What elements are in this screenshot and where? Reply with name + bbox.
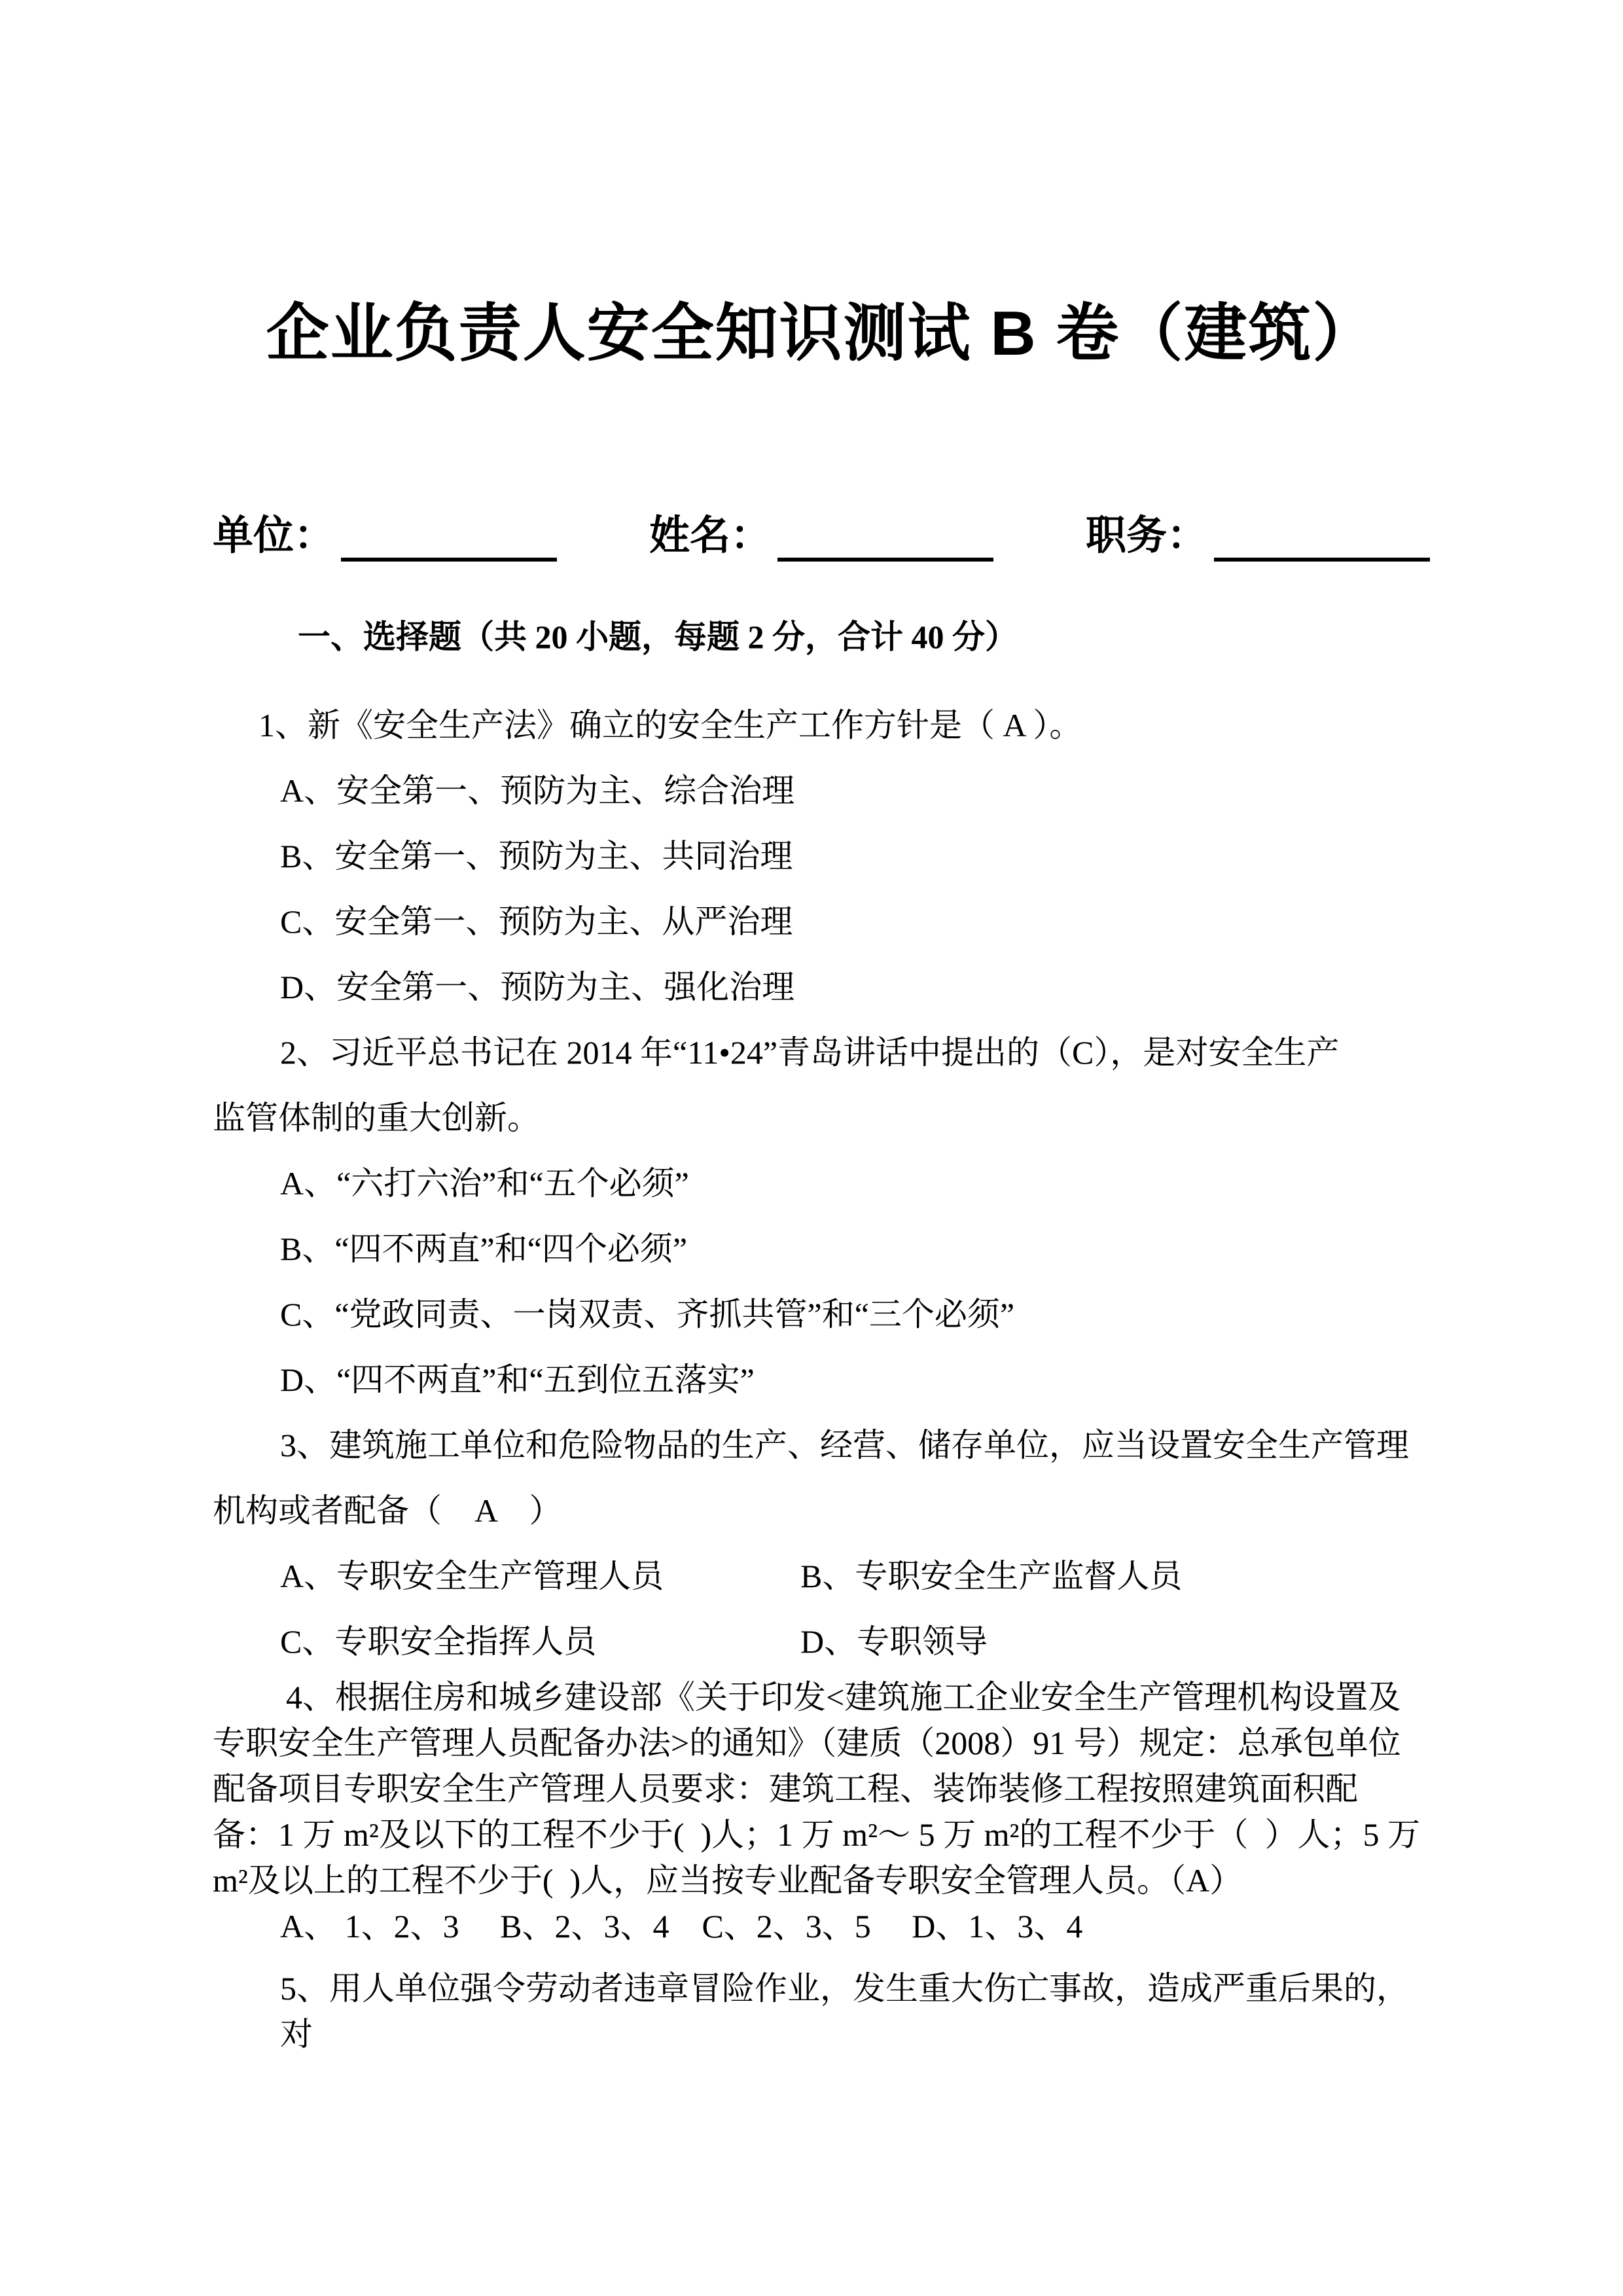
question-1-option-d: D、安全第一、预防为主、强化治理 <box>213 954 1430 1020</box>
questions-body: 1、新《安全生产法》确立的安全生产工作方针是（ A ）。 A、安全第一、预防为主… <box>213 692 1430 2057</box>
question-4-stem-line-5: m²及以上的工程不少于( )人，应当按专业配备专职安全管理人员。（A） <box>213 1857 1430 1903</box>
question-3-option-b: B、专职安全生产监督人员 <box>800 1558 1182 1594</box>
question-4-stem-line-4: 备：1 万 m²及以下的工程不少于( )人；1 万 m²～ 5 万 m²的工程不… <box>213 1812 1430 1857</box>
question-3-stem-cont: 机构或者配备（ A ） <box>213 1478 1430 1543</box>
question-2-option-c: C、“党政同责、一岗双责、齐抓共管”和“三个必须” <box>213 1282 1430 1347</box>
question-1-stem: 1、新《安全生产法》确立的安全生产工作方针是（ A ）。 <box>213 692 1430 758</box>
unit-blank-line <box>341 516 557 562</box>
question-3-stem: 3、建筑施工单位和危险物品的生产、经营、储存单位，应当设置安全生产管理 <box>213 1412 1430 1478</box>
question-2-stem-cont: 监管体制的重大创新。 <box>213 1085 1430 1151</box>
position-field-label: 职务： <box>1086 511 1207 562</box>
unit-field-label: 单位： <box>213 511 334 562</box>
question-1-option-b: B、安全第一、预防为主、共同治理 <box>213 823 1430 889</box>
question-2-option-a: A、“六打六治”和“五个必须” <box>213 1151 1430 1216</box>
question-4-stem-line-3: 配备项目专职安全生产管理人员要求：建筑工程、装饰装修工程按照建筑面积配 <box>213 1766 1430 1812</box>
question-3-options-row-2: C、专职安全指挥人员D、专职领导 <box>213 1609 1430 1674</box>
question-3-options-row-1: A、专职安全生产管理人员B、专职安全生产监督人员 <box>213 1543 1430 1609</box>
question-4-stem-line-2: 专职安全生产管理人员配备办法>的通知》（建质（2008）91 号）规定：总承包单… <box>213 1720 1430 1766</box>
name-field: 姓名： <box>649 511 993 562</box>
exam-paper-page: 企业负责人安全知识测试 B 卷（建筑） 单位： 姓名： 职务： 一、选择题（共 … <box>0 0 1623 2296</box>
question-3-option-c: C、专职安全指挥人员 <box>280 1609 800 1674</box>
unit-field: 单位： <box>213 511 557 562</box>
question-3-option-d: D、专职领导 <box>800 1623 988 1660</box>
name-blank-line <box>777 516 993 562</box>
question-1-option-c: C、安全第一、预防为主、从严治理 <box>213 889 1430 954</box>
question-2-stem: 2、习近平总书记在 2014 年“11•24”青岛讲话中提出的（C），是对安全生… <box>213 1020 1430 1085</box>
name-field-label: 姓名： <box>649 511 771 562</box>
question-2-option-d: D、“四不两直”和“五到位五落实” <box>213 1347 1430 1412</box>
page-title: 企业负责人安全知识测试 B 卷（建筑） <box>213 298 1430 370</box>
question-5-stem: 5、用人单位强令劳动者违章冒险作业，发生重大伤亡事故，造成严重后果的，对 <box>213 1965 1430 2057</box>
position-blank-line <box>1214 516 1430 562</box>
header-fields-row: 单位： 姓名： 职务： <box>213 511 1430 562</box>
section-heading-choice-questions: 一、选择题（共 20 小题，每题 2 分，合计 40 分） <box>213 617 1430 656</box>
question-4-options-row: A、 1、2、3 B、2、3、4 C、2、3、5 D、1、3、4 <box>213 1903 1430 1949</box>
question-4-stem-line-1: 4、根据住房和城乡建设部《关于印发<建筑施工企业安全生产管理机构设置及 <box>213 1674 1430 1720</box>
question-2-option-b: B、“四不两直”和“四个必须” <box>213 1216 1430 1282</box>
position-field: 职务： <box>1086 511 1430 562</box>
question-3-option-a: A、专职安全生产管理人员 <box>280 1543 800 1609</box>
question-1-option-a: A、安全第一、预防为主、综合治理 <box>213 758 1430 823</box>
